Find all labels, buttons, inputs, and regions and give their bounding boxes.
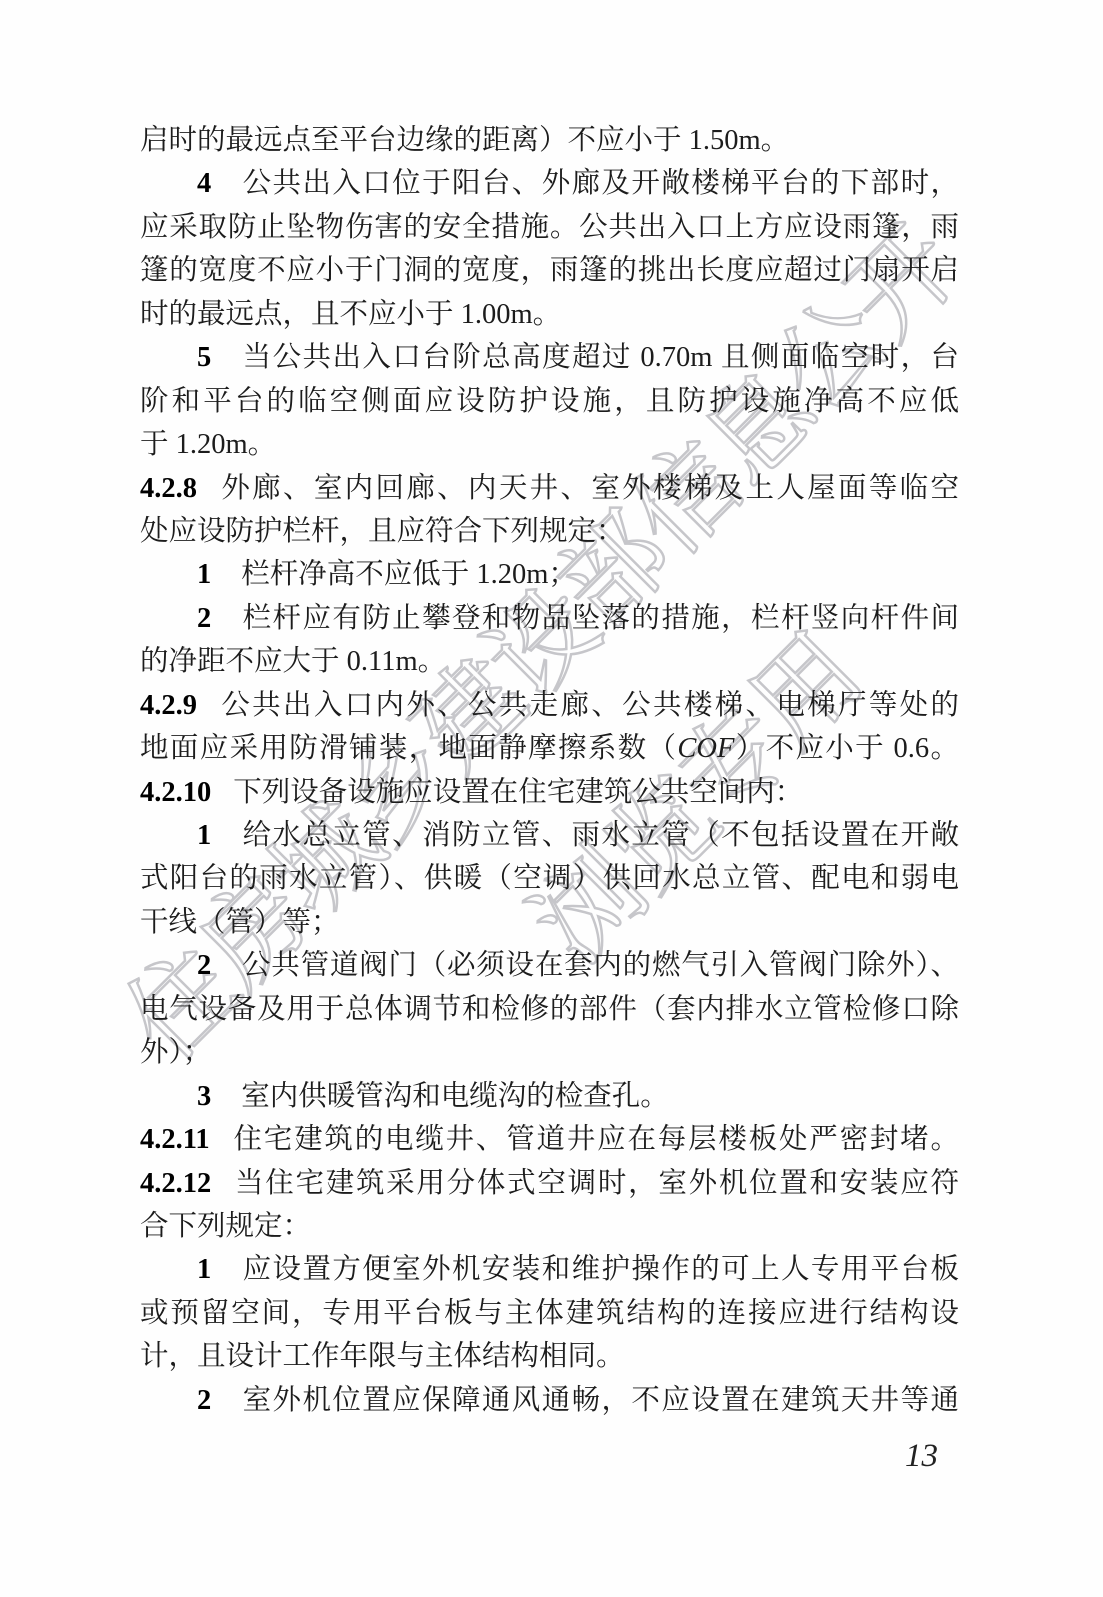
line-text: 干线（管）等；: [140, 907, 340, 938]
item-number: 1: [197, 1254, 211, 1285]
line-text: 当住宅建筑采用分体式空调时，室外机位置和安装应符: [233, 1168, 959, 1199]
text-line: 阶和平台的临空侧面应设防护设施，且防护设施净高不应低: [140, 380, 959, 423]
item-number: 2: [197, 950, 211, 981]
line-text: 外廊、室内回廊、内天井、室外楼梯及上人屋面等临空: [219, 473, 959, 504]
text-line: 4.2.8外廊、室内回廊、内天井、室外楼梯及上人屋面等临空: [140, 467, 959, 510]
line-text: 给水总立管、消防立管、雨水立管（不包括设置在开敞: [241, 820, 959, 851]
line-text: 的净距不应大于 0.11m。: [140, 646, 446, 677]
line-text: 篷的宽度不应小于门洞的宽度，雨篷的挑出长度应超过门扇开启: [140, 255, 959, 286]
text-line: 篷的宽度不应小于门洞的宽度，雨篷的挑出长度应超过门扇开启: [140, 249, 959, 292]
text-line: 启时的最远点至平台边缘的距离）不应小于 1.50m。: [140, 119, 959, 162]
line-text: 计，且设计工作年限与主体结构相同。: [140, 1341, 625, 1372]
item-number: 2: [197, 1385, 211, 1416]
document-body: 启时的最远点至平台边缘的距离）不应小于 1.50m。4公共出入口位于阳台、外廊及…: [140, 119, 959, 1422]
item-number: 1: [197, 820, 211, 851]
section-number: 4.2.11: [140, 1124, 210, 1155]
item-number: 4: [197, 168, 211, 199]
line-text: 时的最远点，且不应小于 1.00m。: [140, 299, 561, 330]
text-line: 干线（管）等；: [140, 901, 959, 944]
item-number: 3: [197, 1081, 211, 1112]
line-text: 或预留空间，专用平台板与主体建筑结构的连接应进行结构设: [140, 1298, 959, 1329]
text-line: 于 1.20m。: [140, 423, 959, 466]
line-text: 阶和平台的临空侧面应设防护设施，且防护设施净高不应低: [140, 386, 959, 417]
text-line: 合下列规定：: [140, 1205, 959, 1248]
section-number: 4.2.9: [140, 690, 197, 721]
line-text: 于 1.20m。: [140, 429, 276, 460]
text-line: 的净距不应大于 0.11m。: [140, 640, 959, 683]
line-text: ）不应小于 0.6。: [734, 733, 959, 764]
text-line: 4.2.10下列设备设施应设置在住宅建筑公共空间内：: [140, 771, 959, 814]
line-text: 应设置方便室外机安装和维护操作的可上人专用平台板: [241, 1254, 959, 1285]
section-number: 4.2.10: [140, 777, 211, 808]
text-line: 外）；: [140, 1031, 959, 1074]
text-line: 电气设备及用于总体调节和检修的部件（套内排水立管检修口除: [140, 988, 959, 1031]
text-line: 地面应采用防滑铺装，地面静摩擦系数（COF）不应小于 0.6。: [140, 727, 959, 770]
line-text: COF: [677, 733, 734, 764]
text-line: 2室外机位置应保障通风通畅，不应设置在建筑天井等通: [140, 1379, 959, 1422]
text-line: 1应设置方便室外机安装和维护操作的可上人专用平台板: [140, 1248, 959, 1291]
line-text: 电气设备及用于总体调节和检修的部件（套内排水立管检修口除: [140, 994, 959, 1025]
line-text: 公共出入口内外、公共走廊、公共楼梯、电梯厅等处的: [219, 690, 959, 721]
line-text: 处应设防护栏杆，且应符合下列规定：: [140, 516, 625, 547]
text-line: 4.2.11住宅建筑的电缆井、管道井应在每层楼板处严密封堵。: [140, 1118, 959, 1161]
text-line: 4公共出入口位于阳台、外廊及开敞楼梯平台的下部时，: [140, 162, 959, 205]
line-text: 栏杆应有防止攀登和物品坠落的措施，栏杆竖向杆件间: [241, 603, 959, 634]
line-text: 启时的最远点至平台边缘的距离）不应小于 1.50m。: [140, 125, 789, 156]
line-text: 公共出入口位于阳台、外廊及开敞楼梯平台的下部时，: [241, 168, 959, 199]
text-line: 3室内供暖管沟和电缆沟的检查孔。: [140, 1075, 959, 1118]
line-text: 外）；: [140, 1037, 211, 1068]
item-number: 1: [197, 559, 211, 590]
line-text: 合下列规定：: [140, 1211, 311, 1242]
line-text: 当公共出入口台阶总高度超过 0.70m 且侧面临空时，台: [241, 342, 959, 373]
document-page: 住房城乡建设部信息公开 浏览专用 启时的最远点至平台边缘的距离）不应小于 1.5…: [0, 0, 1103, 1597]
text-line: 1栏杆净高不应低于 1.20m；: [140, 553, 959, 596]
page-number: 13: [905, 1438, 938, 1475]
text-line: 或预留空间，专用平台板与主体建筑结构的连接应进行结构设: [140, 1292, 959, 1335]
text-line: 4.2.9公共出入口内外、公共走廊、公共楼梯、电梯厅等处的: [140, 684, 959, 727]
text-line: 2栏杆应有防止攀登和物品坠落的措施，栏杆竖向杆件间: [140, 597, 959, 640]
text-line: 1给水总立管、消防立管、雨水立管（不包括设置在开敞: [140, 814, 959, 857]
text-line: 5当公共出入口台阶总高度超过 0.70m 且侧面临空时，台: [140, 336, 959, 379]
line-text: 地面应采用防滑铺装，地面静摩擦系数（: [140, 733, 677, 764]
text-line: 式阳台的雨水立管）、供暖（空调）供回水总立管、配电和弱电: [140, 857, 959, 900]
line-text: 下列设备设施应设置在住宅建筑公共空间内：: [233, 777, 803, 808]
line-text: 公共管道阀门（必须设在套内的燃气引入管阀门除外）、: [241, 950, 959, 981]
item-number: 5: [197, 342, 211, 373]
text-line: 2公共管道阀门（必须设在套内的燃气引入管阀门除外）、: [140, 944, 959, 987]
text-line: 应采取防止坠物伤害的安全措施。公共出入口上方应设雨篷，雨: [140, 206, 959, 249]
section-number: 4.2.12: [140, 1168, 211, 1199]
text-line: 时的最远点，且不应小于 1.00m。: [140, 293, 959, 336]
line-text: 室外机位置应保障通风通畅，不应设置在建筑天井等通: [241, 1385, 959, 1416]
text-line: 处应设防护栏杆，且应符合下列规定：: [140, 510, 959, 553]
text-line: 计，且设计工作年限与主体结构相同。: [140, 1335, 959, 1378]
text-line: 4.2.12当住宅建筑采用分体式空调时，室外机位置和安装应符: [140, 1162, 959, 1205]
line-text: 室内供暖管沟和电缆沟的检查孔。: [241, 1081, 669, 1112]
line-text: 应采取防止坠物伤害的安全措施。公共出入口上方应设雨篷，雨: [140, 212, 959, 243]
line-text: 住宅建筑的电缆井、管道井应在每层楼板处严密封堵。: [232, 1124, 959, 1155]
line-text: 栏杆净高不应低于 1.20m；: [241, 559, 577, 590]
item-number: 2: [197, 603, 211, 634]
line-text: 式阳台的雨水立管）、供暖（空调）供回水总立管、配电和弱电: [140, 863, 959, 894]
section-number: 4.2.8: [140, 473, 197, 504]
